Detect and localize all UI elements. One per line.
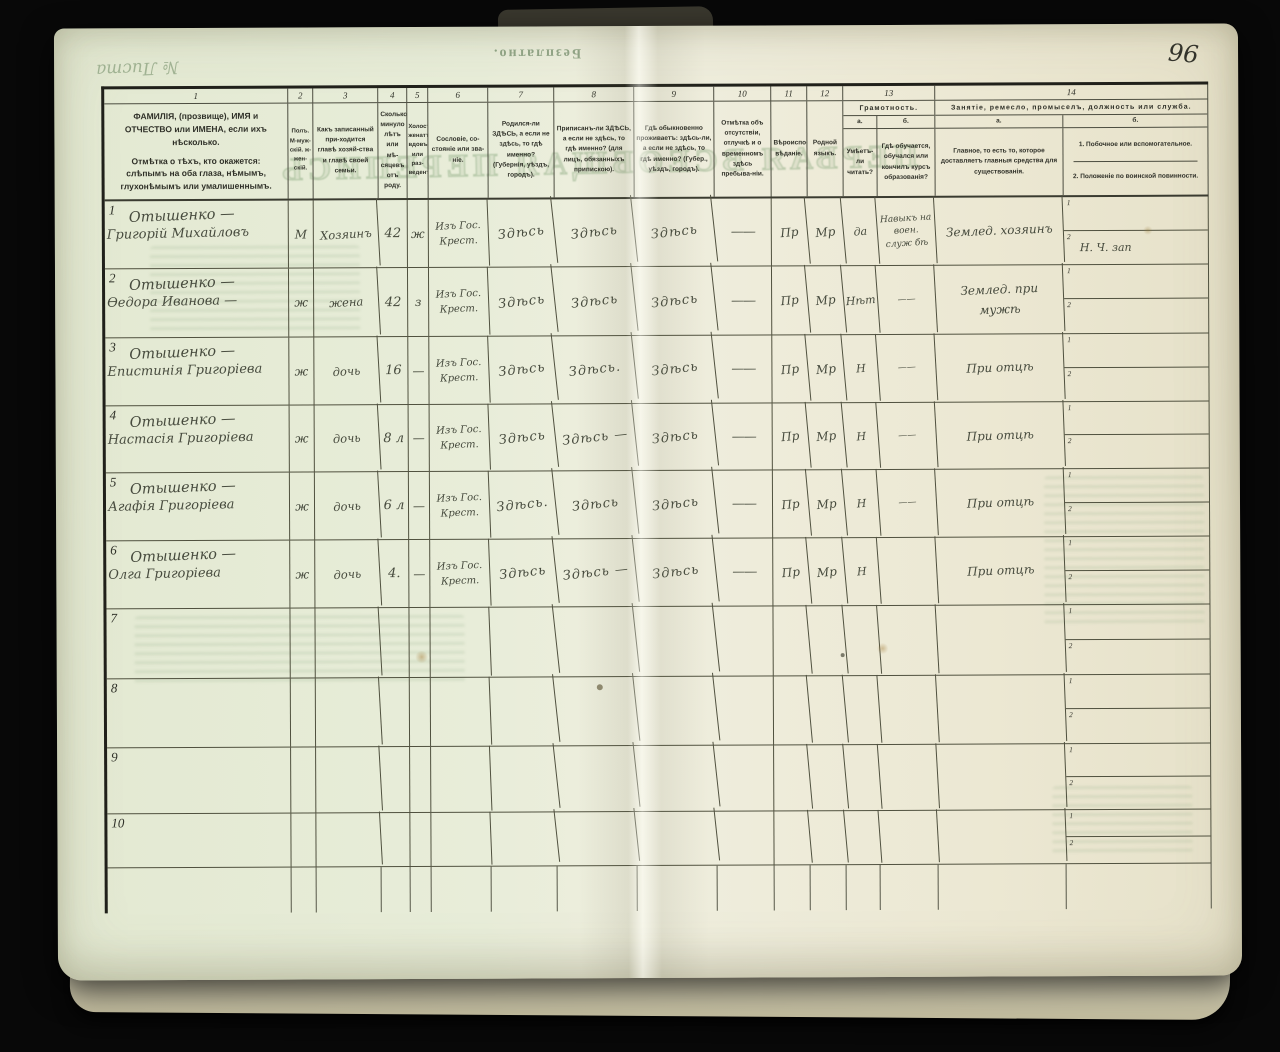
estate-entry: Изъ Гос. Крест. bbox=[429, 539, 492, 608]
handwritten-page-number: 96 bbox=[1167, 38, 1200, 68]
age-entry bbox=[381, 678, 410, 746]
surname-entry: Отышенко — bbox=[129, 272, 289, 294]
registration-entry: Здѣсь bbox=[553, 467, 640, 542]
estate-entry bbox=[430, 746, 493, 813]
name-cell: 1 Отышенко — Григорій Михайловъ bbox=[105, 201, 289, 269]
residence-entry: Здѣсь bbox=[632, 332, 719, 407]
sub-label-1: 1 bbox=[1067, 198, 1071, 207]
language-entry bbox=[807, 744, 849, 812]
sub-label-1: 1 bbox=[1068, 606, 1072, 615]
header-language: Родной языкъ. bbox=[807, 101, 843, 196]
estate-entry: Изъ Гос. Крест. bbox=[429, 471, 492, 540]
education-entry bbox=[878, 674, 940, 745]
age-entry: 16 bbox=[379, 337, 408, 404]
birthplace-entry bbox=[487, 604, 560, 680]
header-literacy-group: Грамотность. а. б. Умѣетъ-ли читать? Гдѣ… bbox=[843, 101, 935, 196]
row-number: 4 bbox=[110, 407, 117, 423]
sub-label-2: 2 bbox=[1068, 436, 1072, 445]
column-number: 3 bbox=[313, 88, 378, 102]
side-occupation-cell: 1 2 bbox=[1066, 675, 1211, 744]
residence-entry: Здѣсь bbox=[632, 400, 719, 474]
estate-entry: Изъ Гос. Крест. bbox=[428, 404, 491, 472]
sex-entry: ж bbox=[290, 472, 315, 539]
table-row: 2 Отышенко — Ѳедора Иванова — ж жена 42 … bbox=[105, 265, 1209, 339]
education-entry: —— bbox=[877, 468, 939, 538]
sub-label-2: 2 bbox=[1068, 504, 1072, 513]
name-cell: 6 Отышенко — Олга Григоріева bbox=[106, 541, 290, 609]
occupation-entry: Землед. хозяинъ bbox=[935, 195, 1066, 267]
relation-entry bbox=[314, 607, 383, 680]
religion-entry bbox=[771, 744, 813, 812]
surname-entry: Отышенко — bbox=[129, 341, 289, 363]
row-number: 3 bbox=[109, 339, 116, 355]
education-entry bbox=[879, 809, 940, 865]
relation-entry: дочь bbox=[313, 336, 382, 407]
age-entry: 4. bbox=[380, 540, 409, 607]
row-number: 5 bbox=[110, 474, 117, 490]
name-cell: 4 Отышенко — Настасія Григоріева bbox=[106, 406, 290, 473]
literacy-entry: Н bbox=[843, 537, 882, 606]
surname-entry: Отышенко — bbox=[130, 544, 290, 566]
table-row: 7 1 2 bbox=[106, 605, 1210, 680]
relation-entry: дочь bbox=[313, 539, 382, 610]
age-entry bbox=[381, 813, 410, 866]
table-row: 10 1 2 bbox=[107, 810, 1211, 869]
registration-entry: Здѣсь bbox=[551, 195, 638, 270]
header-military-duty: 2. Положеніе по воинской повинности. bbox=[1068, 162, 1203, 194]
header-name-column: ФАМИЛІЯ, (прозвище), ИМЯ и ОТЧЕСТВО или … bbox=[104, 104, 288, 200]
side-occupation-cell: 1 2 bbox=[1065, 469, 1210, 537]
header-literacy-b-label: б. bbox=[877, 116, 934, 128]
name-cell: 8 bbox=[107, 679, 291, 748]
absence-entry bbox=[717, 676, 774, 744]
literacy-entry: Н bbox=[842, 402, 881, 470]
age-entry: 6 л bbox=[380, 472, 409, 539]
column-number: 9 bbox=[634, 87, 714, 101]
given-name-entry: Епистинія Григоріева bbox=[107, 361, 288, 380]
sub-label-2: 2 bbox=[1067, 369, 1071, 378]
header-occupation-a-label: а. bbox=[935, 115, 1063, 128]
literacy-entry bbox=[843, 675, 882, 745]
table-row: 5 Отышенко — Агафія Григоріева ж дочь 6 … bbox=[106, 469, 1210, 542]
surname-entry bbox=[131, 612, 290, 618]
header-name-main: ФАМИЛІЯ, (прозвище), ИМЯ и ОТЧЕСТВО или … bbox=[110, 110, 281, 149]
relation-entry bbox=[314, 746, 383, 815]
literacy-entry: Н bbox=[843, 469, 882, 538]
birthplace-entry: Здѣсь bbox=[485, 196, 558, 270]
header-can-read: Умѣетъ-ли читать? bbox=[843, 129, 877, 196]
age-entry: 42 bbox=[379, 200, 408, 267]
absence-entry: —— bbox=[716, 403, 773, 469]
registration-entry: Здѣсь bbox=[552, 263, 639, 339]
birthplace-entry bbox=[487, 674, 560, 749]
given-name-entry bbox=[109, 613, 290, 617]
column-number: 10 bbox=[714, 86, 771, 100]
header-name-note: Отмѣтка о тѣхъ, кто окажется: слѣпымъ на… bbox=[110, 154, 281, 193]
surname-entry: Отышенко — bbox=[130, 476, 290, 498]
sex-entry: ж bbox=[289, 337, 314, 404]
surname-entry: Отышенко — bbox=[128, 204, 288, 226]
residence-entry bbox=[634, 742, 721, 815]
marital-entry: ж bbox=[408, 200, 429, 267]
trailing-column-lines bbox=[108, 864, 1212, 914]
birthplace-entry: Здѣсь bbox=[486, 333, 559, 407]
surname-entry bbox=[131, 682, 290, 688]
language-entry: Мр bbox=[806, 537, 848, 607]
sub-label-1: 1 bbox=[1068, 403, 1072, 412]
sub-label-1: 1 bbox=[1069, 745, 1073, 754]
birthplace-entry bbox=[489, 809, 560, 869]
absence-entry bbox=[717, 745, 774, 810]
estate-entry: Изъ Гос. Крест. bbox=[428, 336, 491, 405]
given-name-entry: Агафія Григоріева bbox=[108, 496, 289, 515]
marital-entry: — bbox=[408, 337, 429, 404]
marital-entry: — bbox=[409, 540, 430, 607]
header-relation: Какъ записанный при-ходится главѣ хозяй-… bbox=[313, 103, 378, 198]
column-number: 6 bbox=[428, 88, 488, 102]
relation-entry: дочь bbox=[313, 471, 382, 542]
name-cell: 2 Отышенко — Ѳедора Иванова — bbox=[105, 269, 289, 338]
absence-entry: —— bbox=[716, 538, 773, 605]
marital-entry bbox=[409, 608, 430, 677]
given-name-entry bbox=[109, 818, 290, 822]
surname-entry bbox=[131, 817, 290, 823]
registration-entry bbox=[554, 742, 641, 815]
registration-entry bbox=[555, 808, 640, 869]
side-occupation-cell: 1 2 Н. Ч. зап bbox=[1064, 197, 1209, 265]
photo-background: Безплатно. № Листа ПЕРВАЯ ВСЕОБЩАЯ ПЕРЕП… bbox=[0, 0, 1280, 1052]
residence-entry bbox=[633, 673, 720, 749]
sub-label-2: 2 bbox=[1068, 572, 1072, 581]
absence-entry bbox=[717, 811, 774, 864]
given-name-entry bbox=[109, 752, 290, 756]
marital-entry: — bbox=[409, 405, 430, 471]
side-occupation-cell: 1 2 bbox=[1064, 334, 1209, 402]
relation-entry: Хозяинъ bbox=[312, 199, 381, 270]
side-occupation-cell: 1 2 bbox=[1066, 744, 1211, 810]
residence-entry: Здѣсь bbox=[631, 195, 718, 270]
estate-entry bbox=[429, 607, 492, 678]
column-number: 7 bbox=[488, 87, 554, 101]
name-cell: 9 bbox=[107, 748, 291, 814]
header-side-occupation: 1. Побочное или вспомогательное. bbox=[1074, 130, 1197, 163]
residence-entry bbox=[635, 808, 720, 869]
sub-label-2: 2 bbox=[1067, 300, 1071, 309]
occupation-entry bbox=[937, 673, 1068, 746]
census-table: 1 2 3 4 5 6 7 8 9 10 11 12 13 14 ФАМИЛІЯ… bbox=[101, 82, 1212, 914]
education-entry: Навыкъ на воен. служ бѣ bbox=[876, 196, 938, 266]
showthrough-sheet-number-label: № Листа bbox=[96, 57, 179, 80]
age-entry: 8 л bbox=[380, 405, 409, 471]
header-birthplace: Родился-ли ЗДѢСЬ, а если не здѣсь, то гд… bbox=[488, 102, 554, 197]
language-entry bbox=[807, 675, 849, 746]
header-estate: Сословіе, со-стояніе или зва-ніе. bbox=[428, 103, 488, 198]
header-occupation-b-label: б. bbox=[1063, 115, 1207, 128]
occupation-entry: При отцѣ bbox=[936, 535, 1067, 607]
sex-entry: М bbox=[289, 200, 314, 267]
table-header: ФАМИЛІЯ, (прозвище), ИМЯ и ОТЧЕСТВО или … bbox=[104, 100, 1208, 202]
registration-entry: Здѣсь — bbox=[553, 535, 640, 610]
literacy-entry bbox=[844, 744, 883, 811]
relation-entry: дочь bbox=[313, 404, 382, 474]
sub-label-1: 1 bbox=[1068, 538, 1072, 547]
marital-entry bbox=[410, 813, 431, 866]
occupation-entry: Землед. при мужѣ bbox=[935, 263, 1066, 336]
language-entry: Мр bbox=[805, 197, 847, 267]
birthplace-entry: Здѣсь bbox=[486, 401, 559, 474]
language-entry: Мр bbox=[805, 265, 847, 336]
row-number: 6 bbox=[110, 542, 117, 558]
sex-entry: ж bbox=[290, 540, 315, 607]
column-number: 14 bbox=[935, 85, 1208, 100]
sub-label-2: 2 bbox=[1069, 641, 1073, 650]
sex-entry bbox=[290, 608, 315, 677]
side-occupation-cell: 1 2 bbox=[1065, 402, 1210, 469]
language-entry: Мр bbox=[806, 402, 848, 471]
row-number: 10 bbox=[111, 815, 124, 831]
literacy-entry: Нѣт bbox=[842, 265, 881, 335]
column-number: 13 bbox=[843, 86, 935, 100]
residence-entry: Здѣсь bbox=[633, 467, 720, 542]
relation-entry: жена bbox=[312, 267, 381, 339]
name-cell: 7 bbox=[106, 609, 290, 679]
column-number: 11 bbox=[771, 86, 807, 100]
absence-entry: —— bbox=[715, 266, 772, 334]
table-body: 1 Отышенко — Григорій Михайловъ М Хозяин… bbox=[105, 197, 1212, 869]
education-entry bbox=[878, 743, 940, 811]
age-entry bbox=[381, 747, 410, 812]
sex-entry bbox=[291, 747, 316, 812]
column-number: 4 bbox=[378, 88, 407, 102]
row-number: 8 bbox=[111, 680, 118, 696]
language-entry bbox=[807, 605, 849, 677]
table-row: 6 Отышенко — Олга Григоріева ж дочь 4. —… bbox=[106, 537, 1210, 610]
education-entry bbox=[877, 536, 939, 606]
registration-entry bbox=[553, 603, 640, 680]
header-registration: Приписанъ-ли ЗДѢСЬ, а если не здѣсь, то … bbox=[554, 102, 634, 197]
column-number: 1 bbox=[104, 89, 288, 104]
header-sex: Полъ. М-муж-скій. ж-жен-скій. bbox=[288, 103, 313, 198]
header-occupation-group: Занятіе, ремесло, промыселъ, должность и… bbox=[935, 100, 1208, 196]
occupation-entry bbox=[937, 808, 1067, 866]
sex-entry: ж bbox=[289, 268, 314, 336]
language-entry bbox=[808, 810, 849, 866]
education-entry bbox=[878, 604, 940, 676]
religion-entry: Пр bbox=[770, 537, 812, 607]
age-entry bbox=[380, 608, 409, 677]
residence-entry bbox=[633, 603, 720, 680]
given-name-entry bbox=[109, 683, 290, 687]
absence-entry: —— bbox=[715, 335, 772, 402]
name-cell: 5 Отышенко — Агафія Григоріева bbox=[106, 473, 290, 541]
religion-entry: Пр bbox=[769, 197, 811, 267]
table-row: 1 Отышенко — Григорій Михайловъ М Хозяин… bbox=[105, 197, 1209, 270]
column-number: 12 bbox=[807, 86, 843, 100]
sub-label-1: 1 bbox=[1067, 335, 1071, 344]
religion-entry: Пр bbox=[770, 469, 812, 539]
header-religion: Вѣроиспо-вѣданіе. bbox=[771, 101, 807, 196]
education-entry: —— bbox=[876, 264, 938, 335]
literacy-entry: Н bbox=[842, 334, 881, 403]
marital-entry bbox=[410, 747, 431, 812]
absence-entry bbox=[716, 606, 773, 675]
header-education: Гдѣ обучается, обучался или кончилъ курс… bbox=[877, 129, 934, 196]
given-name-entry: Олга Григоріева bbox=[108, 564, 289, 583]
birthplace-entry: Здѣсь bbox=[486, 264, 559, 339]
name-cell: 10 bbox=[107, 814, 291, 868]
occupation-entry: При отцѣ bbox=[936, 467, 1067, 539]
absence-entry: —— bbox=[716, 470, 773, 537]
table-row: 8 1 2 bbox=[107, 675, 1211, 749]
header-main-occupation: Главное, то есть то, которое доставляетъ… bbox=[935, 128, 1063, 196]
table-row: 9 1 2 bbox=[107, 744, 1211, 815]
column-number: 5 bbox=[407, 88, 428, 102]
side-occupation-cell: 1 2 bbox=[1066, 810, 1211, 864]
sub-label-1: 1 bbox=[1067, 266, 1071, 275]
showthrough-free-label: Безплатно. bbox=[492, 44, 581, 60]
column-number: 2 bbox=[288, 88, 313, 102]
sub-label-2: 2 bbox=[1069, 710, 1073, 719]
header-age: Сколько минуло лѣтъ или мѣ-сяцевъ отъ ро… bbox=[378, 103, 407, 198]
census-sheet: Безплатно. № Листа ПЕРВАЯ ВСЕОБЩАЯ ПЕРЕП… bbox=[54, 23, 1242, 980]
side-occupation-cell: 1 2 bbox=[1064, 265, 1209, 334]
birthplace-entry bbox=[488, 743, 561, 815]
registration-entry: Здѣсь — bbox=[552, 400, 639, 474]
sex-entry: ж bbox=[290, 405, 315, 471]
name-cell: 3 Отышенко — Епистинія Григоріева bbox=[105, 338, 289, 406]
sex-entry bbox=[291, 678, 316, 746]
given-name-entry: Настасія Григоріева bbox=[108, 429, 289, 448]
military-status-entry: Н. Ч. зап bbox=[1080, 241, 1132, 254]
sub-label-1: 1 bbox=[1069, 676, 1073, 685]
given-name-entry: Ѳедора Иванова — bbox=[107, 292, 288, 311]
birthplace-entry: Здѣсь bbox=[487, 536, 560, 610]
education-entry: —— bbox=[877, 333, 939, 403]
estate-entry: Изъ Гос. Крест. bbox=[428, 267, 491, 337]
row-number: 2 bbox=[109, 270, 116, 286]
literacy-entry bbox=[845, 810, 883, 865]
sub-label-1: 1 bbox=[1069, 811, 1073, 820]
marital-entry: з bbox=[408, 268, 429, 336]
row-number: 1 bbox=[109, 202, 116, 218]
header-literacy-title: Грамотность. bbox=[843, 101, 934, 116]
registration-entry: Здѣсь. bbox=[552, 332, 639, 407]
occupation-entry bbox=[937, 742, 1067, 812]
marital-entry bbox=[410, 678, 431, 746]
table-row: 3 Отышенко — Епистинія Григоріева ж дочь… bbox=[105, 334, 1209, 407]
side-occupation-cell: 1 2 bbox=[1065, 537, 1210, 605]
registration-entry bbox=[553, 673, 640, 749]
literacy-entry bbox=[843, 605, 882, 676]
birthplace-entry: Здѣсь. bbox=[487, 468, 560, 542]
relation-entry bbox=[315, 812, 383, 869]
education-entry: —— bbox=[877, 401, 939, 470]
header-residence: Гдѣ обыкновенно проживаетъ: здѣсь-ли, а … bbox=[634, 102, 714, 197]
residence-entry: Здѣсь bbox=[632, 263, 719, 339]
language-entry: Мр bbox=[805, 334, 847, 404]
sub-label-2: 2 bbox=[1067, 232, 1071, 241]
given-name-entry: Григорій Михайловъ bbox=[107, 224, 288, 243]
relation-entry bbox=[314, 677, 383, 749]
header-marital: Холостъ, женатъ, вдовъ или раз-веденъ. bbox=[407, 103, 428, 198]
header-absence: Отмѣтка объ отсутствіи, отлучкѣ и о врем… bbox=[714, 101, 771, 196]
sub-label-2: 2 bbox=[1069, 838, 1073, 847]
row-number: 7 bbox=[110, 610, 117, 626]
sex-entry bbox=[291, 813, 316, 866]
age-entry: 42 bbox=[379, 268, 408, 336]
absence-entry: —— bbox=[715, 198, 772, 265]
sub-label-1: 1 bbox=[1068, 470, 1072, 479]
occupation-entry: При отцѣ bbox=[935, 332, 1066, 404]
religion-entry: Пр bbox=[770, 402, 812, 471]
surname-entry bbox=[131, 751, 290, 757]
occupation-entry: При отцѣ bbox=[935, 400, 1065, 471]
header-occupation-title: Занятіе, ремесло, промыселъ, должность и… bbox=[935, 100, 1207, 116]
occupation-entry bbox=[936, 603, 1067, 677]
header-literacy-a-label: а. bbox=[843, 116, 877, 128]
surname-entry: Отышенко — bbox=[129, 409, 289, 431]
sub-label-2: 2 bbox=[1069, 778, 1073, 787]
estate-entry bbox=[430, 812, 492, 867]
literacy-entry: да bbox=[841, 197, 880, 266]
residence-entry: Здѣсь bbox=[633, 535, 720, 610]
language-entry: Мр bbox=[806, 469, 848, 539]
religion-entry bbox=[772, 810, 813, 866]
estate-entry bbox=[430, 677, 493, 747]
table-row: 4 Отышенко — Настасія Григоріева ж дочь … bbox=[106, 402, 1210, 474]
side-occupation-cell: 1 2 bbox=[1065, 605, 1210, 675]
column-number: 8 bbox=[554, 87, 634, 101]
row-number: 9 bbox=[111, 749, 118, 765]
estate-entry: Изъ Гос. Крест. bbox=[428, 199, 491, 268]
marital-entry: — bbox=[409, 472, 430, 539]
